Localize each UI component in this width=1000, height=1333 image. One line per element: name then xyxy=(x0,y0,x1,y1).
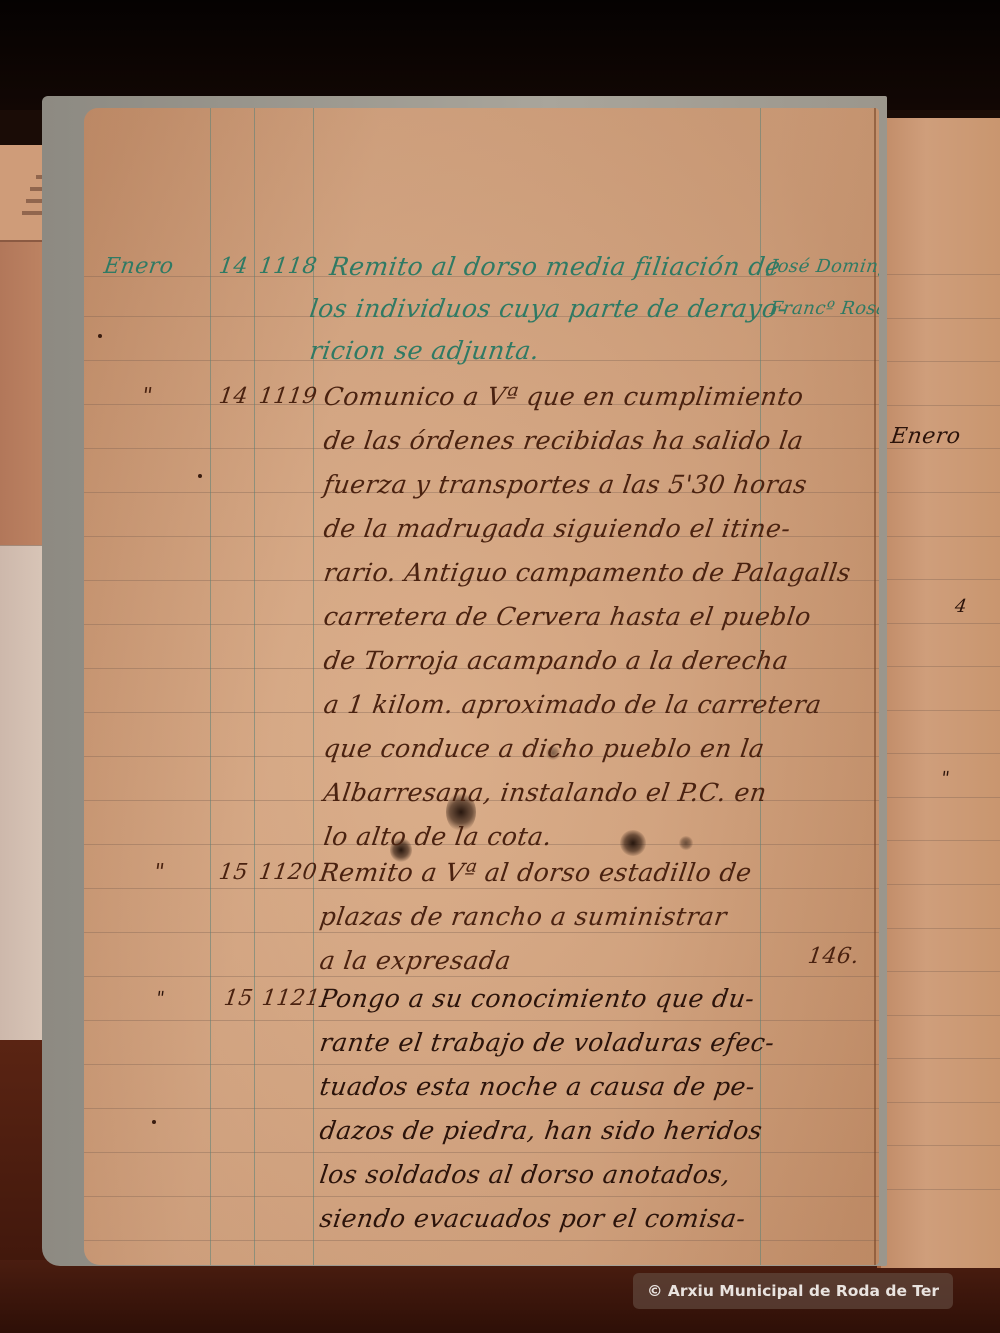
right-page-note-ditto: " xyxy=(940,768,952,789)
entry-text-line: de las órdenes recibidas ha salido la xyxy=(322,426,805,455)
column-divider-month xyxy=(210,108,211,1265)
entry-margin-note: José Domingo xyxy=(769,256,879,277)
entry-text-line: rario. Antiguo campamento de Palagalls xyxy=(322,558,853,587)
entry-text-line: Remito al dorso media filiación de xyxy=(328,252,783,281)
margin-dot xyxy=(152,1120,156,1124)
margin-dot xyxy=(198,474,202,478)
entry-text-line: de Torroja acampando a la derecha xyxy=(322,646,790,675)
entry-day: 14 xyxy=(217,384,250,409)
entry-text-line: carretera de Cervera hasta el pueblo xyxy=(322,602,813,631)
right-page-note-month: Enero xyxy=(889,424,962,449)
ledger-page: Enero 14 1118 Remito al dorso media fili… xyxy=(84,108,879,1265)
entry-text-line: Remito a Vª al dorso estadillo de xyxy=(318,858,754,887)
entry-text-line: lo alto de la cota. xyxy=(322,822,554,851)
entry-number: 1119 xyxy=(257,384,319,409)
entry-number: 1120 xyxy=(257,860,319,885)
dark-background xyxy=(0,0,1000,110)
entry-margin-note: Francº Rosa xyxy=(769,298,879,319)
entry-text-line: Comunico a Vª que en cumplimiento xyxy=(322,382,806,411)
entry-text-line: siendo evacuados por el comisa- xyxy=(318,1204,748,1233)
entry-text-line: ricion se adjunta. xyxy=(308,336,541,365)
entry-day: 14 xyxy=(217,254,250,279)
entry-margin-note: 146. xyxy=(806,944,860,969)
column-divider-text xyxy=(760,108,761,1265)
ink-stain xyxy=(620,830,646,856)
entry-text-line: plazas de rancho a suministrar xyxy=(318,902,729,931)
ink-stain xyxy=(679,836,693,850)
entry-text-line: a la expresada xyxy=(318,946,513,975)
entry-text-line: los individuos cuya parte de derayo- xyxy=(308,294,789,323)
copyright-watermark: © Arxiu Municipal de Roda de Ter xyxy=(633,1273,953,1309)
entry-text-line: a 1 kilom. aproximado de la carretera xyxy=(322,690,824,719)
column-divider-day xyxy=(254,108,255,1265)
entry-text-line: tuados esta noche a causa de pe- xyxy=(318,1072,757,1101)
entry-text-line: dazos de piedra, han sido heridos xyxy=(318,1116,764,1145)
entry-number: 1121 xyxy=(260,986,322,1011)
entry-month: Enero xyxy=(102,254,175,279)
entry-text-line: fuerza y transportes a las 5'30 horas xyxy=(322,470,809,499)
white-box xyxy=(0,545,48,1046)
watermark-text: © Arxiu Municipal de Roda de Ter xyxy=(647,1282,939,1300)
entry-text-line: Albarresana, instalando el P.C. en xyxy=(322,778,769,807)
entry-text-line: de la madrugada siguiendo el itine- xyxy=(322,514,793,543)
entry-day: 15 xyxy=(217,860,250,885)
entry-text-line: los soldados al dorso anotados, xyxy=(318,1160,733,1189)
column-divider-number xyxy=(313,108,314,1265)
entry-number: 1118 xyxy=(257,254,319,279)
entry-text-line: rante el trabajo de voladuras efec- xyxy=(318,1028,776,1057)
right-page-note-number: 4 xyxy=(954,596,969,617)
margin-dot xyxy=(98,334,102,338)
page-gutter xyxy=(874,108,876,1265)
entry-text-line: que conduce a dicho pueblo en la xyxy=(322,734,767,763)
right-page: Enero 4 " xyxy=(877,118,1000,1268)
entry-day: 15 xyxy=(222,986,255,1011)
entry-text-line: Pongo a su conocimiento que du- xyxy=(318,984,757,1013)
